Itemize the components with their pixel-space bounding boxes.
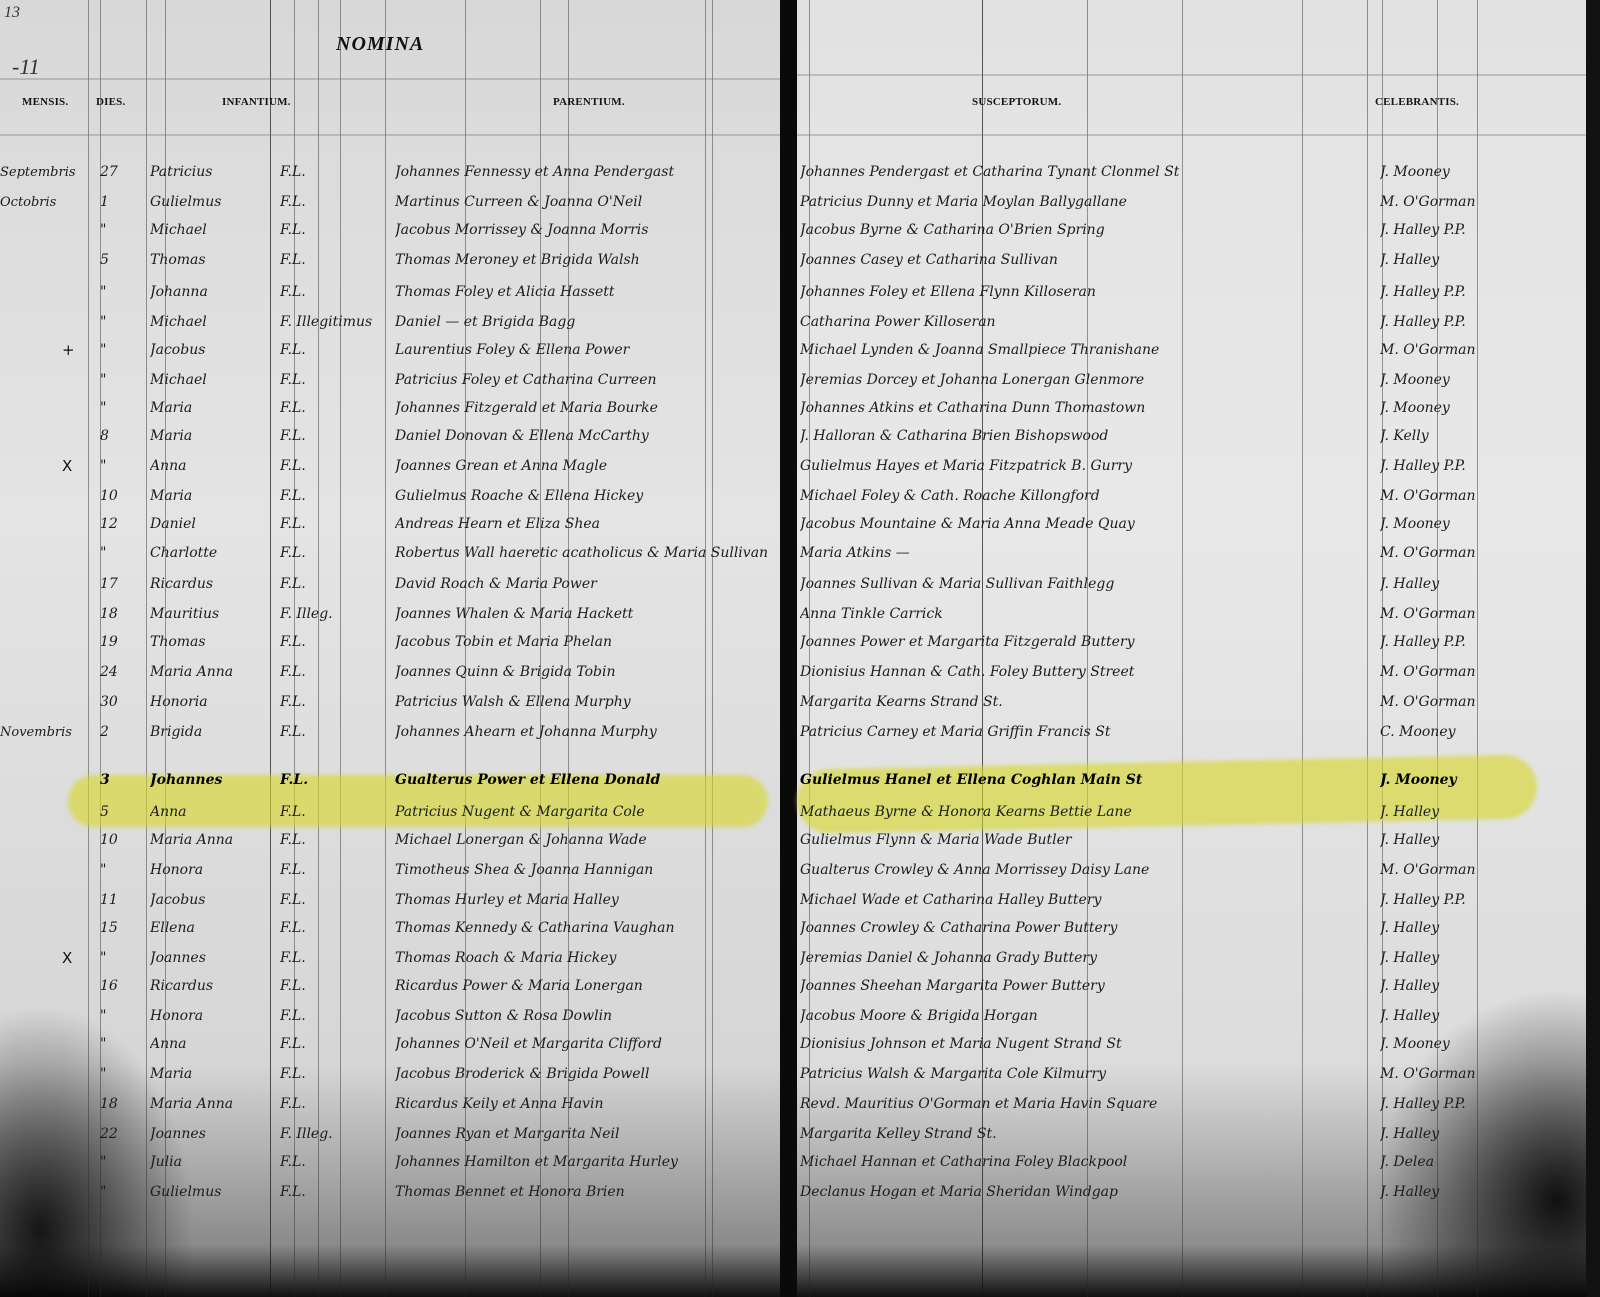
folio-mark: -11: [12, 54, 40, 80]
dies-cell: ": [100, 454, 106, 479]
parents-cell: Patricius Nugent & Margarita Cole: [395, 800, 773, 825]
celebrant-cell: M. O'Gorman: [1380, 602, 1570, 627]
parents-cell: Patricius Foley et Catharina Curreen: [395, 368, 773, 393]
register-title: NOMINA: [336, 33, 424, 56]
sponsors-cell: Dionisius Hannan & Cath. Foley Buttery S…: [800, 660, 1360, 685]
sponsors-cell: Margarita Kearns Strand St.: [800, 690, 1360, 715]
sponsors-cell: Maria Atkins —: [800, 541, 1360, 566]
sponsors-cell: Joannes Crowley & Catharina Power Butter…: [800, 916, 1360, 941]
dies-cell: ": [100, 541, 106, 566]
sponsors-cell: Dionisius Johnson et Maria Nugent Strand…: [800, 1032, 1360, 1057]
parents-cell: Gulielmus Roache & Ellena Hickey: [395, 484, 773, 509]
sponsors-cell: Jacobus Moore & Brigida Horgan: [800, 1004, 1360, 1029]
parents-cell: Johannes O'Neil et Margarita Clifford: [395, 1032, 773, 1057]
dies-cell: ": [100, 1062, 106, 1087]
sponsors-cell: Michael Wade et Catharina Halley Buttery: [800, 888, 1360, 913]
table-row: Septembris27PatriciusF.L.Johannes Fennes…: [0, 160, 1600, 185]
legitimacy-cell: F.L.: [280, 541, 390, 566]
dies-cell: 1: [100, 190, 109, 215]
parents-cell: Robertus Wall haeretic acatholicus & Mar…: [395, 541, 773, 566]
parents-cell: Daniel Donovan & Ellena McCarthy: [395, 424, 773, 449]
parents-cell: Thomas Meroney et Brigida Walsh: [395, 248, 773, 273]
dies-cell: 15: [100, 916, 118, 941]
dies-cell: 2: [100, 720, 109, 745]
table-row: 16RicardusF.L.Ricardus Power & Maria Lon…: [0, 974, 1600, 999]
dies-cell: ": [100, 368, 106, 393]
sponsors-cell: Gulielmus Hanel et Ellena Coghlan Main S…: [800, 768, 1360, 793]
celebrant-cell: J. Halley: [1380, 828, 1570, 853]
parents-cell: Thomas Foley et Alicia Hassett: [395, 280, 773, 305]
dies-cell: 16: [100, 974, 118, 999]
infant-name-cell: Joannes: [150, 1122, 275, 1147]
mensis-cell: Novembris: [0, 720, 92, 745]
celebrant-cell: J. Halley P.P.: [1380, 888, 1570, 913]
celebrant-cell: J. Halley P.P.: [1380, 310, 1570, 335]
legitimacy-cell: F.L.: [280, 190, 390, 215]
legitimacy-cell: F. Illeg.: [280, 1122, 390, 1147]
dies-cell: ": [100, 946, 106, 971]
dies-cell: 18: [100, 602, 118, 627]
infant-name-cell: Michael: [150, 310, 275, 335]
table-row: +"JacobusF.L.Laurentius Foley & Ellena P…: [0, 338, 1600, 363]
table-row: 12DanielF.L.Andreas Hearn et Eliza SheaJ…: [0, 512, 1600, 537]
celebrant-cell: J. Halley P.P.: [1380, 280, 1570, 305]
legitimacy-cell: F.L.: [280, 888, 390, 913]
celebrant-cell: M. O'Gorman: [1380, 660, 1570, 685]
infant-name-cell: Michael: [150, 368, 275, 393]
table-row: 11JacobusF.L.Thomas Hurley et Maria Hall…: [0, 888, 1600, 913]
parents-cell: Jacobus Sutton & Rosa Dowlin: [395, 1004, 773, 1029]
legitimacy-cell: F.L.: [280, 946, 390, 971]
header-parentium: PARENTIUM.: [553, 96, 625, 108]
celebrant-cell: J. Halley: [1380, 572, 1570, 597]
infant-name-cell: Charlotte: [150, 541, 275, 566]
sponsors-cell: Johannes Atkins et Catharina Dunn Thomas…: [800, 396, 1360, 421]
legitimacy-cell: F.L.: [280, 1004, 390, 1029]
parents-cell: Gualterus Power et Ellena Donald: [395, 768, 773, 793]
dies-cell: ": [100, 1032, 106, 1057]
celebrant-cell: J. Delea: [1380, 1150, 1570, 1175]
infant-name-cell: Maria: [150, 484, 275, 509]
sponsors-cell: Patricius Carney et Maria Griffin Franci…: [800, 720, 1360, 745]
infant-name-cell: Jacobus: [150, 888, 275, 913]
celebrant-cell: J. Halley P.P.: [1380, 630, 1570, 655]
celebrant-cell: J. Mooney: [1380, 1032, 1570, 1057]
celebrant-cell: J. Halley: [1380, 1004, 1570, 1029]
celebrant-cell: M. O'Gorman: [1380, 1062, 1570, 1087]
sponsors-cell: Anna Tinkle Carrick: [800, 602, 1360, 627]
legitimacy-cell: F.L.: [280, 248, 390, 273]
dies-cell: ": [100, 218, 106, 243]
celebrant-cell: M. O'Gorman: [1380, 858, 1570, 883]
table-row: "MichaelF.L.Jacobus Morrissey & Joanna M…: [0, 218, 1600, 243]
margin-mark: X: [62, 454, 72, 479]
celebrant-cell: J. Mooney: [1380, 768, 1570, 793]
table-row: 17RicardusF.L.David Roach & Maria PowerJ…: [0, 572, 1600, 597]
sponsors-cell: Michael Foley & Cath. Roache Killongford: [800, 484, 1360, 509]
table-row: "AnnaF.L.Johannes O'Neil et Margarita Cl…: [0, 1032, 1600, 1057]
celebrant-cell: J. Halley: [1380, 1180, 1570, 1205]
sponsors-cell: Jeremias Daniel & Johanna Grady Buttery: [800, 946, 1360, 971]
celebrant-cell: M. O'Gorman: [1380, 190, 1570, 215]
table-row: "HonoraF.L.Timotheus Shea & Joanna Hanni…: [0, 858, 1600, 883]
parents-cell: Johannes Fitzgerald et Maria Bourke: [395, 396, 773, 421]
legitimacy-cell: F.L.: [280, 1150, 390, 1175]
header-dies: DIES.: [96, 96, 125, 108]
legitimacy-cell: F.L.: [280, 630, 390, 655]
dies-cell: 11: [100, 888, 118, 913]
sponsors-cell: Michael Lynden & Joanna Smallpiece Thran…: [800, 338, 1360, 363]
parents-cell: Joannes Ryan et Margarita Neil: [395, 1122, 773, 1147]
parents-cell: Michael Lonergan & Johanna Wade: [395, 828, 773, 853]
dies-cell: 10: [100, 484, 118, 509]
celebrant-cell: J. Mooney: [1380, 512, 1570, 537]
infant-name-cell: Maria: [150, 424, 275, 449]
sponsors-cell: Margarita Kelley Strand St.: [800, 1122, 1360, 1147]
table-row: 10Maria AnnaF.L.Michael Lonergan & Johan…: [0, 828, 1600, 853]
infant-name-cell: Maria Anna: [150, 828, 275, 853]
infant-name-cell: Thomas: [150, 248, 275, 273]
table-row: 30HonoriaF.L.Patricius Walsh & Ellena Mu…: [0, 690, 1600, 715]
celebrant-cell: J. Mooney: [1380, 396, 1570, 421]
infant-name-cell: Gulielmus: [150, 1180, 275, 1205]
dies-cell: 12: [100, 512, 118, 537]
legitimacy-cell: F. Illegitimus: [280, 310, 390, 335]
table-row: 5ThomasF.L.Thomas Meroney et Brigida Wal…: [0, 248, 1600, 273]
legitimacy-cell: F.L.: [280, 828, 390, 853]
sponsors-cell: Jacobus Byrne & Catharina O'Brien Spring: [800, 218, 1360, 243]
table-row: 8MariaF.L.Daniel Donovan & Ellena McCart…: [0, 424, 1600, 449]
parents-cell: Jacobus Morrissey & Joanna Morris: [395, 218, 773, 243]
sponsors-cell: Jeremias Dorcey et Johanna Lonergan Glen…: [800, 368, 1360, 393]
legitimacy-cell: F.L.: [280, 1062, 390, 1087]
table-row: X"JoannesF.L.Thomas Roach & Maria Hickey…: [0, 946, 1600, 971]
sponsors-cell: Jacobus Mountaine & Maria Anna Meade Qua…: [800, 512, 1360, 537]
celebrant-cell: J. Halley: [1380, 916, 1570, 941]
infant-name-cell: Maria Anna: [150, 1092, 275, 1117]
table-row: "GulielmusF.L.Thomas Bennet et Honora Br…: [0, 1180, 1600, 1205]
parents-cell: Timotheus Shea & Joanna Hannigan: [395, 858, 773, 883]
infant-name-cell: Maria: [150, 396, 275, 421]
celebrant-cell: M. O'Gorman: [1380, 338, 1570, 363]
table-row: X"AnnaF.L.Joannes Grean et Anna MagleGul…: [0, 454, 1600, 479]
celebrant-cell: J. Kelly: [1380, 424, 1570, 449]
legitimacy-cell: F.L.: [280, 1032, 390, 1057]
table-row: "MichaelF. IllegitimusDaniel — et Brigid…: [0, 310, 1600, 335]
legitimacy-cell: F. Illeg.: [280, 602, 390, 627]
celebrant-cell: J. Halley P.P.: [1380, 1092, 1570, 1117]
sponsors-cell: Joannes Power et Margarita Fitzgerald Bu…: [800, 630, 1360, 655]
sponsors-cell: Mathaeus Byrne & Honora Kearns Bettie La…: [800, 800, 1360, 825]
parents-cell: Joannes Grean et Anna Magle: [395, 454, 773, 479]
parents-cell: Martinus Curreen & Joanna O'Neil: [395, 190, 773, 215]
legitimacy-cell: F.L.: [280, 218, 390, 243]
sponsors-cell: Patricius Walsh & Margarita Cole Kilmurr…: [800, 1062, 1360, 1087]
dies-cell: 5: [100, 800, 109, 825]
infant-name-cell: Gulielmus: [150, 190, 275, 215]
legitimacy-cell: F.L.: [280, 768, 390, 793]
table-row: 18MauritiusF. Illeg.Joannes Whalen & Mar…: [0, 602, 1600, 627]
infant-name-cell: Honora: [150, 858, 275, 883]
celebrant-cell: J. Halley: [1380, 974, 1570, 999]
parents-cell: Johannes Fennessy et Anna Pendergast: [395, 160, 773, 185]
dies-cell: 5: [100, 248, 109, 273]
celebrant-cell: J. Mooney: [1380, 368, 1570, 393]
infant-name-cell: Michael: [150, 218, 275, 243]
sponsors-cell: Joannes Casey et Catharina Sullivan: [800, 248, 1360, 273]
infant-name-cell: Joannes: [150, 946, 275, 971]
dies-cell: 19: [100, 630, 118, 655]
legitimacy-cell: F.L.: [280, 338, 390, 363]
table-row: Octobris1GulielmusF.L.Martinus Curreen &…: [0, 190, 1600, 215]
celebrant-cell: M. O'Gorman: [1380, 690, 1570, 715]
legitimacy-cell: F.L.: [280, 424, 390, 449]
sponsors-cell: Patricius Dunny et Maria Moylan Ballygal…: [800, 190, 1360, 215]
parents-cell: Thomas Bennet et Honora Brien: [395, 1180, 773, 1205]
parents-cell: Jacobus Tobin et Maria Phelan: [395, 630, 773, 655]
dies-cell: 17: [100, 572, 118, 597]
celebrant-cell: C. Mooney: [1380, 720, 1570, 745]
dies-cell: ": [100, 858, 106, 883]
infant-name-cell: Honora: [150, 1004, 275, 1029]
dies-cell: 18: [100, 1092, 118, 1117]
dies-cell: 24: [100, 660, 118, 685]
table-row: 22JoannesF. Illeg.Joannes Ryan et Margar…: [0, 1122, 1600, 1147]
header-celebrantis: CELEBRANTIS.: [1375, 96, 1459, 108]
register-spread: 13 -11 NOMINA MENSIS. DIES. INFANTIUM. P…: [0, 0, 1600, 1297]
infant-name-cell: Jacobus: [150, 338, 275, 363]
dies-cell: ": [100, 338, 106, 363]
dies-cell: 30: [100, 690, 118, 715]
sponsors-cell: Gualterus Crowley & Anna Morrissey Daisy…: [800, 858, 1360, 883]
dies-cell: 22: [100, 1122, 118, 1147]
sponsors-cell: Revd. Mauritius O'Gorman et Maria Havin …: [800, 1092, 1360, 1117]
legitimacy-cell: F.L.: [280, 858, 390, 883]
infant-name-cell: Julia: [150, 1150, 275, 1175]
dies-cell: 27: [100, 160, 118, 185]
table-row: 5AnnaF.L.Patricius Nugent & Margarita Co…: [0, 800, 1600, 825]
infant-name-cell: Daniel: [150, 512, 275, 537]
header-infantium: INFANTIUM.: [222, 96, 291, 108]
margin-mark: +: [62, 338, 75, 363]
dies-cell: ": [100, 1150, 106, 1175]
infant-name-cell: Maria: [150, 1062, 275, 1087]
parents-cell: Daniel — et Brigida Bagg: [395, 310, 773, 335]
legitimacy-cell: F.L.: [280, 280, 390, 305]
sponsors-cell: Johannes Pendergast et Catharina Tynant …: [800, 160, 1360, 185]
parents-cell: Patricius Walsh & Ellena Murphy: [395, 690, 773, 715]
dies-cell: ": [100, 280, 106, 305]
infant-name-cell: Thomas: [150, 630, 275, 655]
legitimacy-cell: F.L.: [280, 800, 390, 825]
infant-name-cell: Anna: [150, 454, 275, 479]
parents-cell: Laurentius Foley & Ellena Power: [395, 338, 773, 363]
table-row: "MariaF.L.Jacobus Broderick & Brigida Po…: [0, 1062, 1600, 1087]
legitimacy-cell: F.L.: [280, 454, 390, 479]
celebrant-cell: J. Halley P.P.: [1380, 454, 1570, 479]
legitimacy-cell: F.L.: [280, 160, 390, 185]
legitimacy-cell: F.L.: [280, 1180, 390, 1205]
margin-mark: X: [62, 946, 72, 971]
table-row: 18Maria AnnaF.L.Ricardus Keily et Anna H…: [0, 1092, 1600, 1117]
infant-name-cell: Anna: [150, 800, 275, 825]
dies-cell: ": [100, 310, 106, 335]
dies-cell: ": [100, 1004, 106, 1029]
infant-name-cell: Anna: [150, 1032, 275, 1057]
dies-cell: 8: [100, 424, 109, 449]
legitimacy-cell: F.L.: [280, 368, 390, 393]
table-row: "CharlotteF.L.Robertus Wall haeretic aca…: [0, 541, 1600, 566]
infant-name-cell: Johannes: [150, 768, 275, 793]
table-row: 15EllenaF.L.Thomas Kennedy & Catharina V…: [0, 916, 1600, 941]
infant-name-cell: Ricardus: [150, 572, 275, 597]
celebrant-cell: J. Halley: [1380, 800, 1570, 825]
table-row: 24Maria AnnaF.L.Joannes Quinn & Brigida …: [0, 660, 1600, 685]
celebrant-cell: J. Halley P.P.: [1380, 218, 1570, 243]
sponsors-cell: Catharina Power Killoseran: [800, 310, 1360, 335]
table-row: 10MariaF.L.Gulielmus Roache & Ellena Hic…: [0, 484, 1600, 509]
legitimacy-cell: F.L.: [280, 572, 390, 597]
mensis-cell: Octobris: [0, 190, 92, 215]
infant-name-cell: Maria Anna: [150, 660, 275, 685]
infant-name-cell: Brigida: [150, 720, 275, 745]
sponsors-cell: Johannes Foley et Ellena Flynn Killosera…: [800, 280, 1360, 305]
infant-name-cell: Ellena: [150, 916, 275, 941]
parents-cell: Andreas Hearn et Eliza Shea: [395, 512, 773, 537]
legitimacy-cell: F.L.: [280, 916, 390, 941]
table-row: 19ThomasF.L.Jacobus Tobin et Maria Phela…: [0, 630, 1600, 655]
table-row: 3JohannesF.L.Gualterus Power et Ellena D…: [0, 768, 1600, 793]
legitimacy-cell: F.L.: [280, 1092, 390, 1117]
table-row: "JuliaF.L.Johannes Hamilton et Margarita…: [0, 1150, 1600, 1175]
parents-cell: Thomas Kennedy & Catharina Vaughan: [395, 916, 773, 941]
celebrant-cell: J. Halley: [1380, 248, 1570, 273]
dies-cell: ": [100, 1180, 106, 1205]
legitimacy-cell: F.L.: [280, 974, 390, 999]
legitimacy-cell: F.L.: [280, 690, 390, 715]
infant-name-cell: Johanna: [150, 280, 275, 305]
sponsors-cell: Gulielmus Flynn & Maria Wade Butler: [800, 828, 1360, 853]
legitimacy-cell: F.L.: [280, 720, 390, 745]
legitimacy-cell: F.L.: [280, 396, 390, 421]
celebrant-cell: M. O'Gorman: [1380, 541, 1570, 566]
celebrant-cell: J. Halley: [1380, 1122, 1570, 1147]
infant-name-cell: Patricius: [150, 160, 275, 185]
celebrant-cell: J. Halley: [1380, 946, 1570, 971]
parents-cell: Joannes Whalen & Maria Hackett: [395, 602, 773, 627]
sponsors-cell: Declanus Hogan et Maria Sheridan Windgap: [800, 1180, 1360, 1205]
legitimacy-cell: F.L.: [280, 484, 390, 509]
sponsors-cell: Joannes Sullivan & Maria Sullivan Faithl…: [800, 572, 1360, 597]
mensis-cell: Septembris: [0, 160, 92, 185]
page-number-mark: 13: [4, 4, 20, 22]
table-row: Novembris2BrigidaF.L.Johannes Ahearn et …: [0, 720, 1600, 745]
dies-cell: ": [100, 396, 106, 421]
sponsors-cell: Michael Hannan et Catharina Foley Blackp…: [800, 1150, 1360, 1175]
infant-name-cell: Ricardus: [150, 974, 275, 999]
header-susceptorum: SUSCEPTORUM.: [972, 96, 1061, 108]
table-row: "MichaelF.L.Patricius Foley et Catharina…: [0, 368, 1600, 393]
table-row: "JohannaF.L.Thomas Foley et Alicia Hasse…: [0, 280, 1600, 305]
parents-cell: Johannes Hamilton et Margarita Hurley: [395, 1150, 773, 1175]
infant-name-cell: Honoria: [150, 690, 275, 715]
infant-name-cell: Mauritius: [150, 602, 275, 627]
parents-cell: Ricardus Keily et Anna Havin: [395, 1092, 773, 1117]
parents-cell: David Roach & Maria Power: [395, 572, 773, 597]
parents-cell: Ricardus Power & Maria Lonergan: [395, 974, 773, 999]
dies-cell: 10: [100, 828, 118, 853]
sponsors-cell: Gulielmus Hayes et Maria Fitzpatrick B. …: [800, 454, 1360, 479]
dies-cell: 3: [100, 768, 110, 793]
celebrant-cell: M. O'Gorman: [1380, 484, 1570, 509]
parents-cell: Joannes Quinn & Brigida Tobin: [395, 660, 773, 685]
sponsors-cell: J. Halloran & Catharina Brien Bishopswoo…: [800, 424, 1360, 449]
table-row: "MariaF.L.Johannes Fitzgerald et Maria B…: [0, 396, 1600, 421]
celebrant-cell: J. Mooney: [1380, 160, 1570, 185]
table-row: "HonoraF.L.Jacobus Sutton & Rosa DowlinJ…: [0, 1004, 1600, 1029]
parents-cell: Jacobus Broderick & Brigida Powell: [395, 1062, 773, 1087]
legitimacy-cell: F.L.: [280, 660, 390, 685]
parents-cell: Thomas Roach & Maria Hickey: [395, 946, 773, 971]
parents-cell: Thomas Hurley et Maria Halley: [395, 888, 773, 913]
header-mensis: MENSIS.: [22, 96, 68, 108]
legitimacy-cell: F.L.: [280, 512, 390, 537]
sponsors-cell: Joannes Sheehan Margarita Power Buttery: [800, 974, 1360, 999]
parents-cell: Johannes Ahearn et Johanna Murphy: [395, 720, 773, 745]
